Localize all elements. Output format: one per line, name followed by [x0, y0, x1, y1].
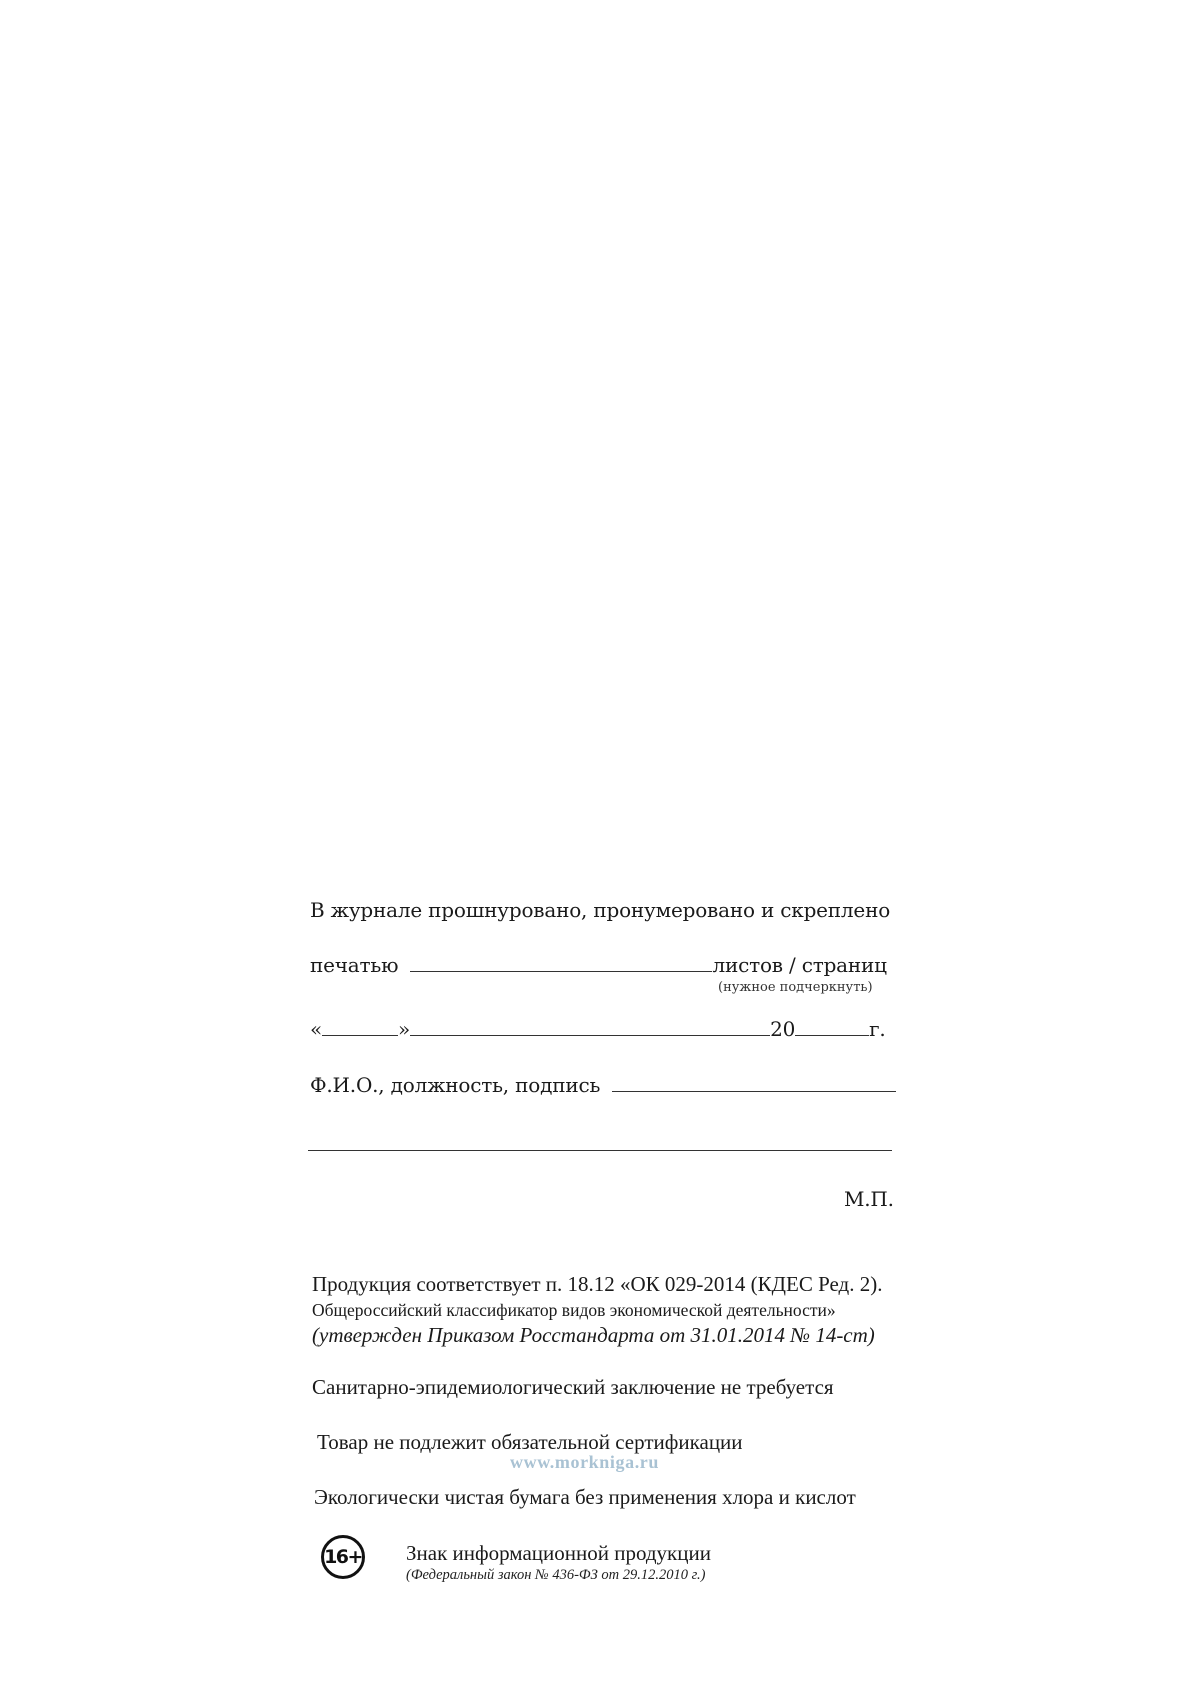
ecology-statement: Экологически чистая бумага без применени…	[314, 1485, 856, 1510]
signature-field[interactable]	[612, 1090, 896, 1092]
document-page: В журнале прошнуровано, пронумеровано и …	[0, 0, 1200, 1697]
sanitary-statement: Санитарно-эпидемиологический заключение …	[312, 1375, 834, 1400]
age-rating-title: Знак информационной продукции	[406, 1541, 711, 1566]
date-year-suffix: г.	[869, 1017, 885, 1041]
signature-label: Ф.И.О., должность, подпись	[310, 1073, 600, 1097]
stamp-label: М.П.	[844, 1187, 894, 1211]
pages-count-row: печатью листов / страниц	[310, 953, 887, 977]
age-rating-badge-text: 16+	[324, 1546, 362, 1568]
date-open-quote: «	[310, 1017, 322, 1041]
compliance-line-2: Общероссийский классификатор видов эконо…	[312, 1300, 836, 1321]
date-close-quote: »	[398, 1017, 410, 1041]
date-year-prefix: 20	[770, 1017, 795, 1041]
date-row: «»20г.	[310, 1017, 886, 1041]
compliance-line-3: (утвержден Приказом Росстандарта от 31.0…	[312, 1323, 875, 1348]
underline-note: (нужное подчеркнуть)	[718, 980, 873, 995]
date-year-field[interactable]	[795, 1034, 869, 1036]
age-rating-16-plus-icon: 16+	[321, 1535, 365, 1579]
binding-statement: В журнале прошнуровано, пронумеровано и …	[310, 898, 890, 922]
date-month-field[interactable]	[410, 1034, 770, 1036]
signature-continuation-line[interactable]	[308, 1150, 892, 1151]
signature-row: Ф.И.О., должность, подпись	[310, 1073, 896, 1097]
pages-count-field[interactable]	[410, 970, 712, 972]
pages-count-prefix: печатью	[310, 953, 398, 977]
compliance-line-1: Продукция соответствует п. 18.12 «ОК 029…	[312, 1272, 882, 1297]
age-rating-law: (Федеральный закон № 436-ФЗ от 29.12.201…	[406, 1567, 706, 1584]
date-day-field[interactable]	[322, 1034, 398, 1036]
watermark: www.morkniga.ru	[510, 1452, 659, 1473]
pages-count-suffix: листов / страниц	[712, 953, 886, 977]
